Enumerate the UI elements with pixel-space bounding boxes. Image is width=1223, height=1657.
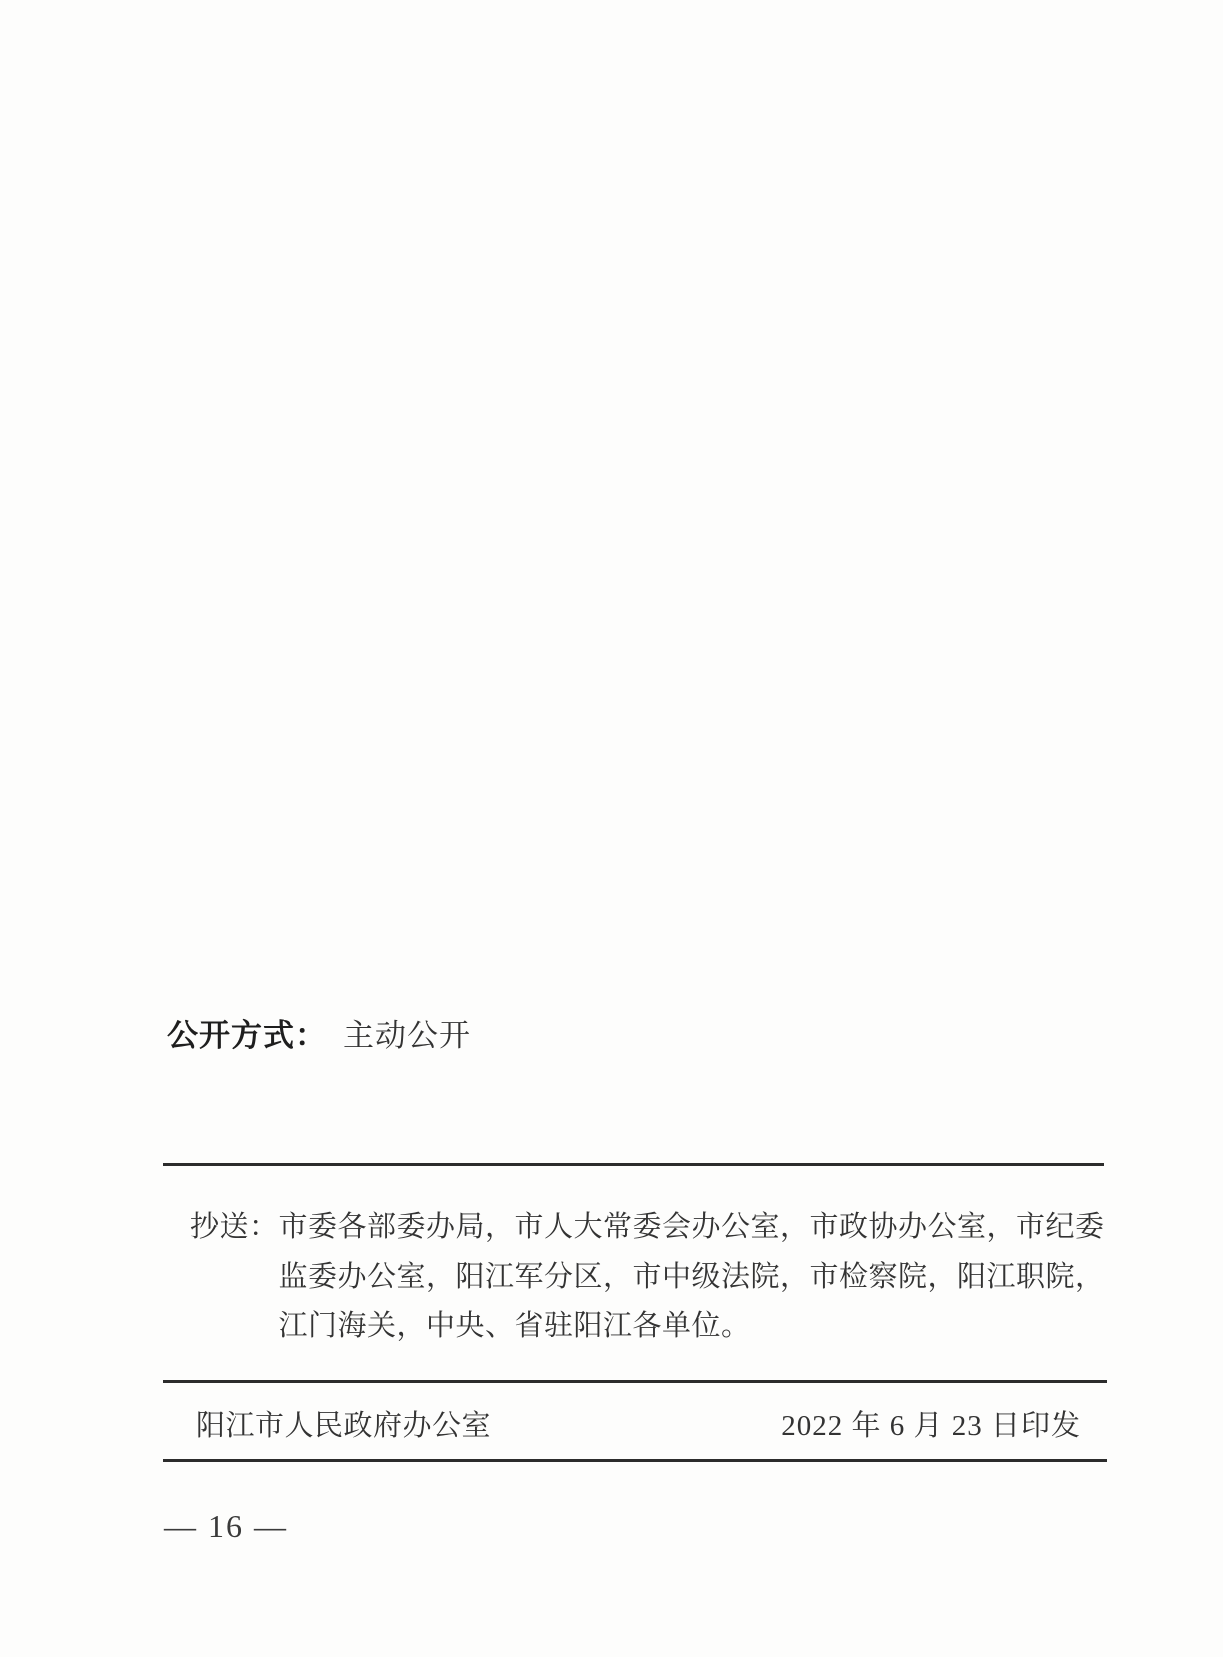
cc-block: 抄送： 市委各部委办局，市人大常委会办公室，市政协办公室，市纪委 监委办公室，阳… xyxy=(190,1203,1120,1352)
separator-line-middle xyxy=(163,1380,1107,1383)
document-page: 公开方式：主动公开 抄送： 市委各部委办局，市人大常委会办公室，市政协办公室，市… xyxy=(0,0,1223,1657)
separator-line-top xyxy=(163,1163,1104,1166)
print-date: 2022 年 6 月 23 日印发 xyxy=(781,1406,1081,1446)
publicity-label: 公开方式： xyxy=(167,1018,327,1053)
separator-line-bottom xyxy=(163,1459,1107,1462)
cc-line-2: 监委办公室，阳江军分区，市中级法院，市检察院，阳江职院， xyxy=(279,1253,1120,1303)
issuing-office: 阳江市人民政府办公室 xyxy=(196,1406,491,1446)
cc-lines: 市委各部委办局，市人大常委会办公室，市政协办公室，市纪委 监委办公室，阳江军分区… xyxy=(279,1203,1120,1352)
imprint-row: 阳江市人民政府办公室 2022 年 6 月 23 日印发 xyxy=(163,1406,1107,1446)
cc-line-3: 江门海关，中央、省驻阳江各单位。 xyxy=(279,1302,1120,1352)
page-number: — 16 — xyxy=(164,1508,288,1545)
cc-line-1: 市委各部委办局，市人大常委会办公室，市政协办公室，市纪委 xyxy=(279,1203,1120,1253)
publicity-value: 主动公开 xyxy=(343,1018,471,1053)
publicity-line: 公开方式：主动公开 xyxy=(167,1016,471,1062)
cc-label: 抄送： xyxy=(190,1203,279,1253)
